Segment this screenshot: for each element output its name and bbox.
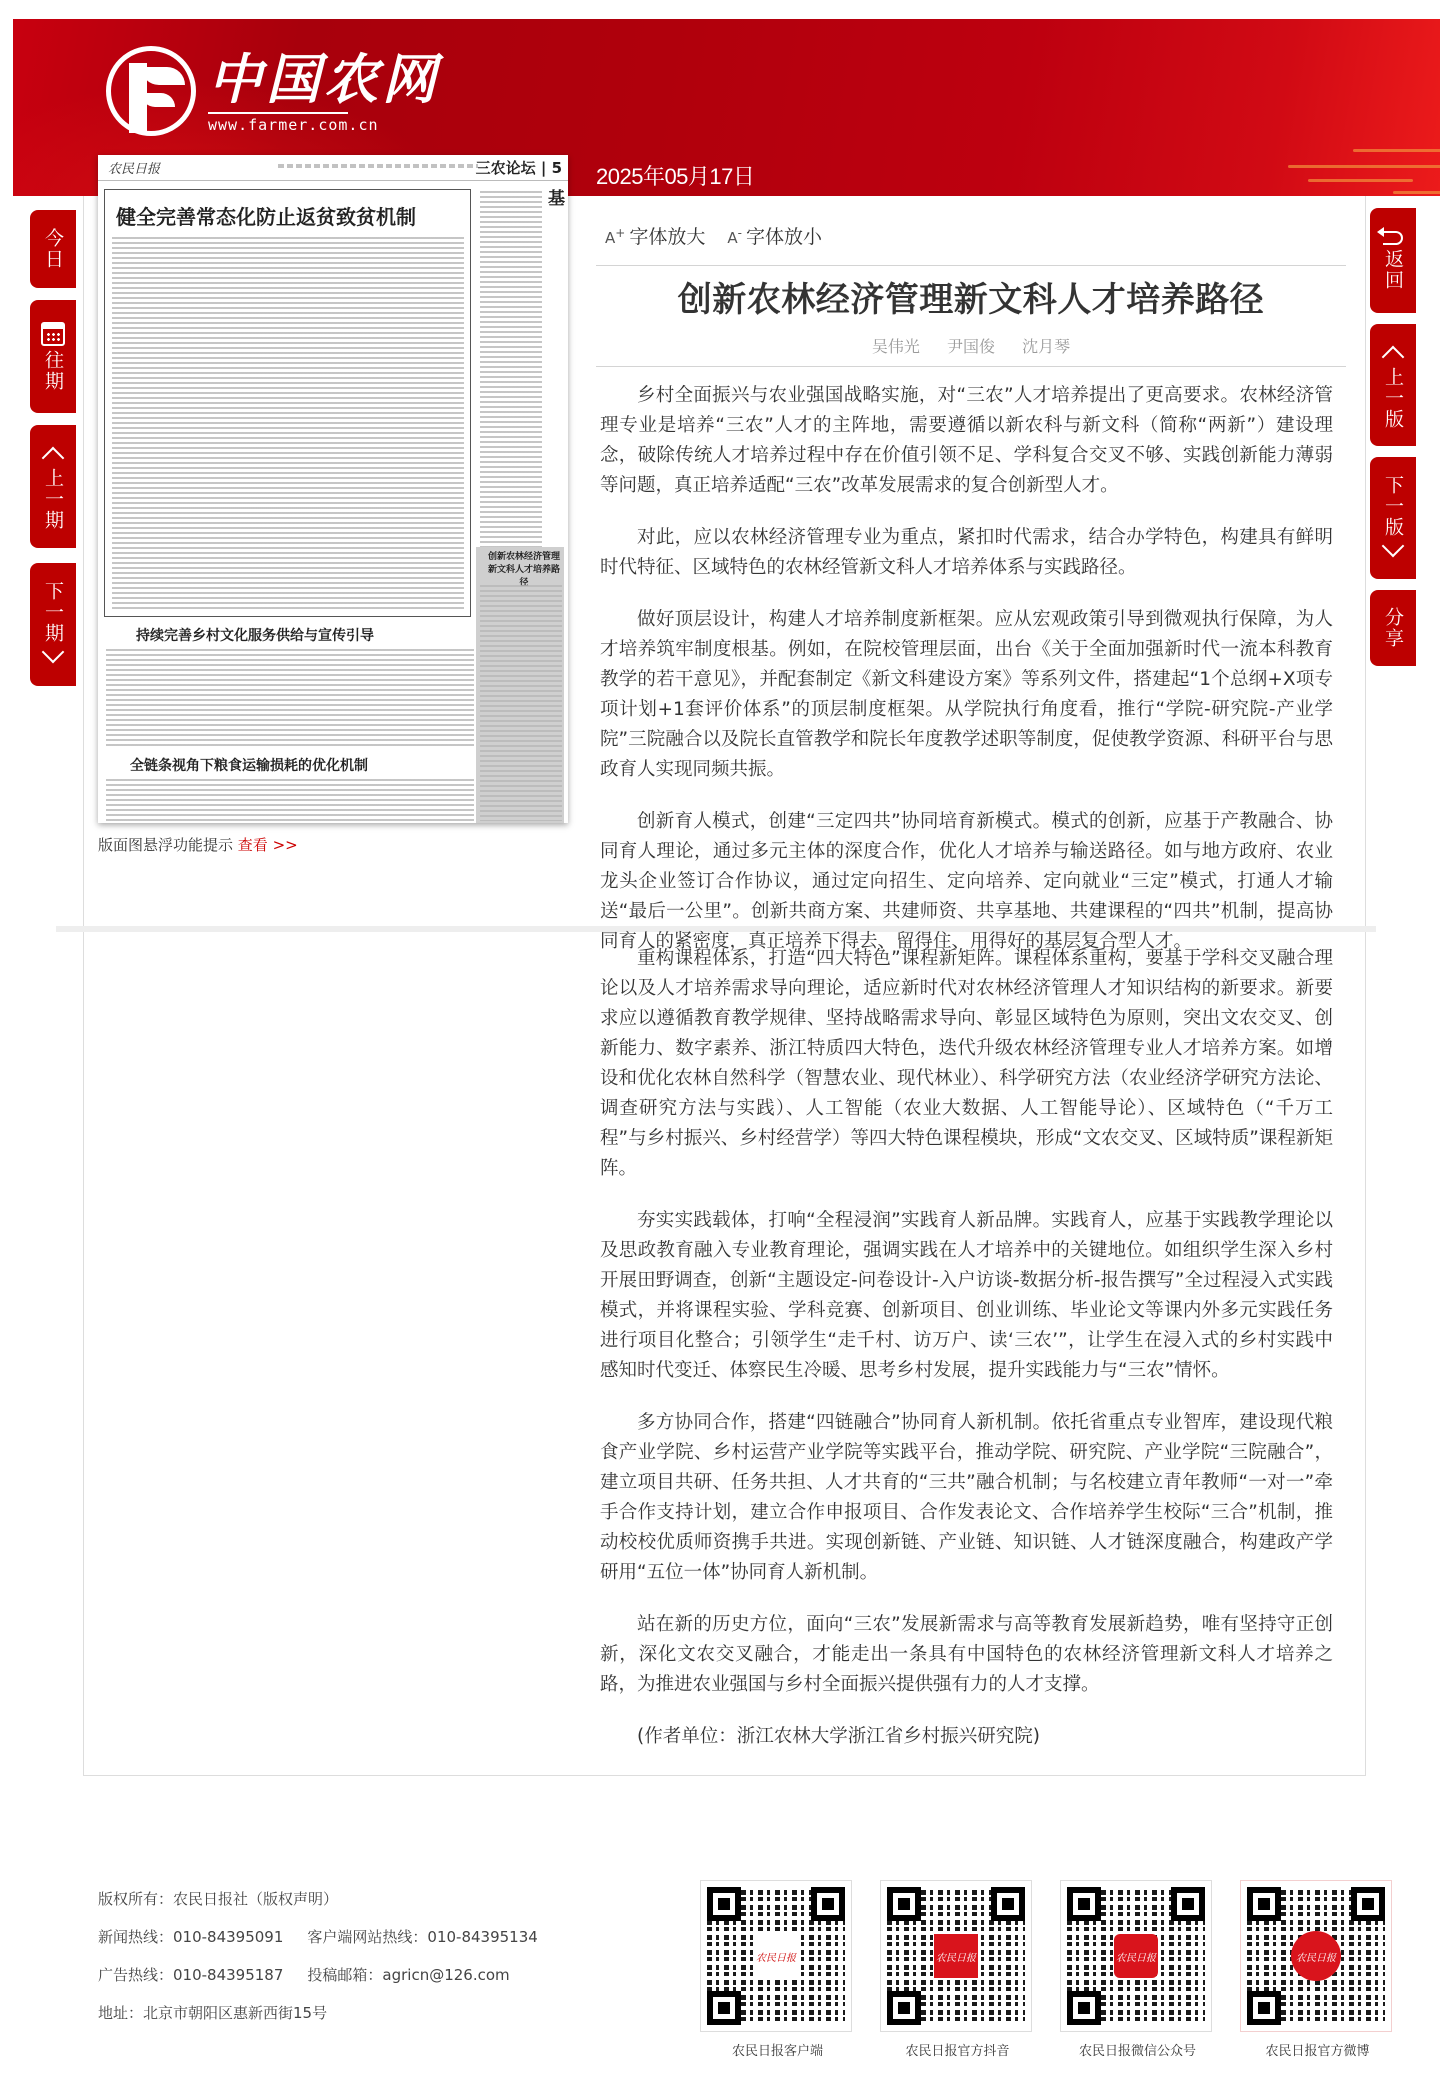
news-hotline: 新闻热线：010-84395091 xyxy=(98,1928,283,1946)
qr-code-icon: 农民日报 xyxy=(1067,1887,1205,2025)
newspaper-logo-icon: 农民日报 xyxy=(1114,1934,1158,1978)
nav-label: 往期 xyxy=(40,350,66,392)
newspaper-logo-icon: 农民日报 xyxy=(934,1934,978,1978)
ad-hotline: 广告热线：010-84395187 xyxy=(98,1966,283,1984)
title-divider xyxy=(596,366,1346,367)
author: 吴伟光 xyxy=(872,337,920,356)
nav-label: 分享 xyxy=(1380,607,1406,649)
qr-code-icon: 农民日报 xyxy=(887,1887,1025,2025)
submission-email: 投稿邮箱：agricn@126.com xyxy=(307,1966,509,1984)
qr-code-icon: 农民日报 xyxy=(1247,1887,1385,2025)
paper-masthead: 农民日报 xyxy=(108,158,160,177)
newspaper-logo-icon: 农民日报 xyxy=(1291,1931,1341,1981)
author: 沈月琴 xyxy=(1022,337,1070,356)
nav-prev-page-button[interactable]: 上一版 xyxy=(1370,324,1416,446)
font-plus-icon: A+ xyxy=(605,229,625,247)
qr-wechat[interactable]: 农民日报 农民日报微信公众号 xyxy=(1060,1880,1215,2059)
newspaper-page-image[interactable]: 农民日报 三农论坛 | 5 健全完善常态化防止返贫致贫机制 持续完善乡村文化服务… xyxy=(98,155,568,823)
qr-codes: 农民日报 农民日报客户端 农民日报 农民日报官方抖音 农民日报 农民日报微信公众… xyxy=(700,1880,1395,2059)
nav-archive-button[interactable]: 往期 xyxy=(30,300,76,413)
nav-share-button[interactable]: 分享 xyxy=(1370,590,1416,666)
site-url: www.farmer.com.cn xyxy=(208,116,440,134)
article-title: 创新农林经济管理新文科人才培养路径 xyxy=(596,272,1346,321)
qr-client-app[interactable]: 农民日报 农民日报客户端 xyxy=(700,1880,855,2059)
page-hover-hint: 版面图悬浮功能提示 查看 >> xyxy=(98,834,298,855)
author: 尹国俊 xyxy=(947,337,995,356)
article-paragraph: 多方协同合作，搭建“四链融合”协同育人新机制。依托省重点专业智库，建设现代粮食产… xyxy=(600,1408,1333,1588)
paper-headline[interactable]: 警惕“米多限产”声音 筑牢粮食安全根基 xyxy=(542,189,568,489)
nav-back-button[interactable]: 返回 xyxy=(1370,208,1416,313)
view-hint-link[interactable]: 查看 >> xyxy=(238,836,298,854)
article-paragraph: 夯实实践载体，打响“全程浸润”实践育人新品牌。实践育人，应基于实践教学理论以及思… xyxy=(600,1206,1333,1386)
issue-date: 2025年05月17日 xyxy=(596,160,754,191)
qr-douyin[interactable]: 农民日报 农民日报官方抖音 xyxy=(880,1880,1035,2059)
chevron-up-icon xyxy=(1382,345,1405,368)
toolbar-divider xyxy=(596,265,1346,266)
article-paragraph: 重构课程体系，打造“四大特色”课程新矩阵。课程体系重构，要基于学科交叉融合理论以… xyxy=(600,944,1333,1184)
article-paragraph: 做好顶层设计，构建人才培养制度新框架。应从宏观政策引导到微观执行保障，为人才培养… xyxy=(600,605,1333,785)
calendar-icon xyxy=(41,322,65,346)
font-minus-icon: A- xyxy=(727,229,742,247)
nav-label: 上一期 xyxy=(40,468,66,531)
article-body-bottom: 重构课程体系，打造“四大特色”课程新矩阵。课程体系重构，要基于学科交叉融合理论以… xyxy=(600,944,1333,1774)
article-paragraph: 站在新的历史方位，面向“三农”发展新需求与高等教育发展新趋势，唯有坚持守正创新，… xyxy=(600,1610,1333,1700)
font-enlarge-button[interactable]: A+字体放大 xyxy=(605,222,705,249)
paper-headline[interactable]: 健全完善常态化防止返贫致贫机制 xyxy=(116,201,416,230)
nav-label: 下一期 xyxy=(40,581,66,644)
qr-weibo[interactable]: 农民日报 农民日报官方微博 xyxy=(1240,1880,1395,2059)
site-logo[interactable]: 中国农网 www.farmer.com.cn xyxy=(106,46,440,136)
qr-code-icon: 农民日报 xyxy=(707,1887,845,2025)
font-shrink-button[interactable]: A-字体放小 xyxy=(727,222,822,249)
newspaper-logo-icon: 农民日报 xyxy=(754,1934,798,1978)
paper-headline[interactable]: 全链条视角下粮食运输损耗的优化机制 xyxy=(130,755,368,775)
nav-label: 今日 xyxy=(40,228,66,270)
address: 地址：北京市朝阳区惠新西街15号 xyxy=(98,2004,327,2022)
nav-next-issue-button[interactable]: 下一期 xyxy=(30,563,76,686)
return-icon xyxy=(1383,231,1403,245)
paper-headline[interactable]: 持续完善乡村文化服务供给与宣传引导 xyxy=(136,625,374,645)
article-paragraph: 对此，应以农林经济管理专业为重点，紧扣时代需求，结合办学特色，构建具有鲜明时代特… xyxy=(600,523,1333,583)
chevron-down-icon xyxy=(1382,534,1405,557)
paper-headline-current[interactable]: 创新农林经济管理新文科人才培养路径 xyxy=(484,549,564,588)
nav-today-button[interactable]: 今日 xyxy=(30,210,76,288)
nav-next-page-button[interactable]: 下一版 xyxy=(1370,457,1416,579)
nav-label: 下一版 xyxy=(1380,475,1406,538)
footer-info: 版权所有：农民日报社（版权声明） 新闻热线：010-84395091客户端网站热… xyxy=(98,1880,538,2032)
author-affiliation: (作者单位：浙江农林大学浙江省乡村振兴研究院) xyxy=(600,1722,1333,1752)
chevron-down-icon xyxy=(42,641,65,664)
font-size-toolbar: A+字体放大 A-字体放小 xyxy=(605,222,822,249)
article-paragraph: 创新育人模式，创建“三定四共”协同培育新模式。模式的创新，应基于产教融合、协同育… xyxy=(600,807,1333,957)
site-name: 中国农网 xyxy=(208,48,440,110)
client-hotline: 客户端网站热线：010-84395134 xyxy=(307,1928,537,1946)
article-paragraph: 乡村全面振兴与农业强国战略实施，对“三农”人才培养提出了更高要求。农林经济管理专… xyxy=(600,381,1333,501)
logo-f-icon xyxy=(106,46,196,136)
paper-section: 三农论坛 | 5 xyxy=(476,157,562,178)
article-authors: 吴伟光 尹国俊 沈月琴 xyxy=(596,334,1346,357)
chevron-up-icon xyxy=(42,447,65,470)
article-body-top: 乡村全面振兴与农业强国战略实施，对“三农”人才培养提出了更高要求。农林经济管理专… xyxy=(600,381,1333,979)
nav-label: 上一版 xyxy=(1380,367,1406,430)
nav-prev-issue-button[interactable]: 上一期 xyxy=(30,425,76,548)
nav-label: 返回 xyxy=(1380,249,1406,291)
copyright[interactable]: 版权所有：农民日报社（版权声明） xyxy=(98,1890,338,1908)
